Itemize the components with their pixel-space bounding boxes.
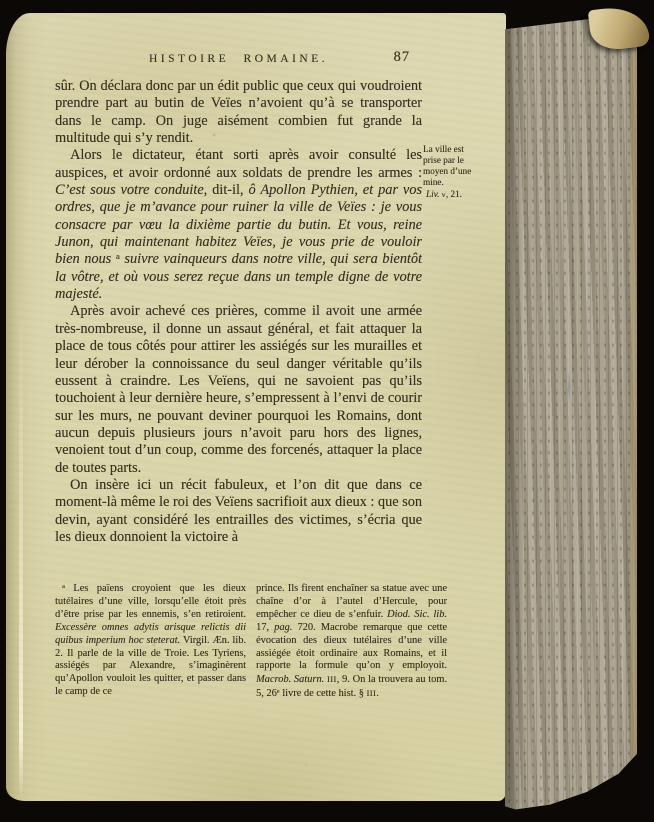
- book-photo: HISTOIRE ROMAINE. 87 sûr. On déclara don…: [0, 0, 654, 822]
- margin-note-text: La ville est prise par le moyen d’une mi…: [423, 144, 478, 188]
- footnote-column-right: prince. Ils firent enchaîner sa statue a…: [256, 583, 447, 719]
- main-text-column: sûr. On déclara donc par un édit public …: [55, 78, 422, 584]
- paragraph-1: sûr. On déclara donc par un édit public …: [55, 78, 422, 147]
- footnote-column-left: a Les païens croyoient que les dieux tut…: [55, 583, 246, 719]
- page-number: 87: [394, 49, 411, 66]
- margin-note: La ville est prise par le moyen d’une mi…: [423, 144, 478, 200]
- paragraph-2: Alors le dictateur, étant sorti après av…: [55, 147, 422, 303]
- paragraph-3: Après avoir achevé ces prières, comme il…: [55, 303, 422, 476]
- page-title: HISTOIRE ROMAINE.: [55, 53, 422, 65]
- book-page: HISTOIRE ROMAINE. 87 sûr. On déclara don…: [6, 13, 506, 801]
- book-fore-edge: [505, 15, 637, 811]
- footnotes: a Les païens croyoient que les dieux tut…: [55, 583, 447, 719]
- margin-note-citation: Liv. v, 21.: [423, 189, 478, 200]
- paragraph-4: On insère ici un récit fabuleux, et l’on…: [55, 477, 422, 546]
- running-head: HISTOIRE ROMAINE. 87: [55, 53, 422, 73]
